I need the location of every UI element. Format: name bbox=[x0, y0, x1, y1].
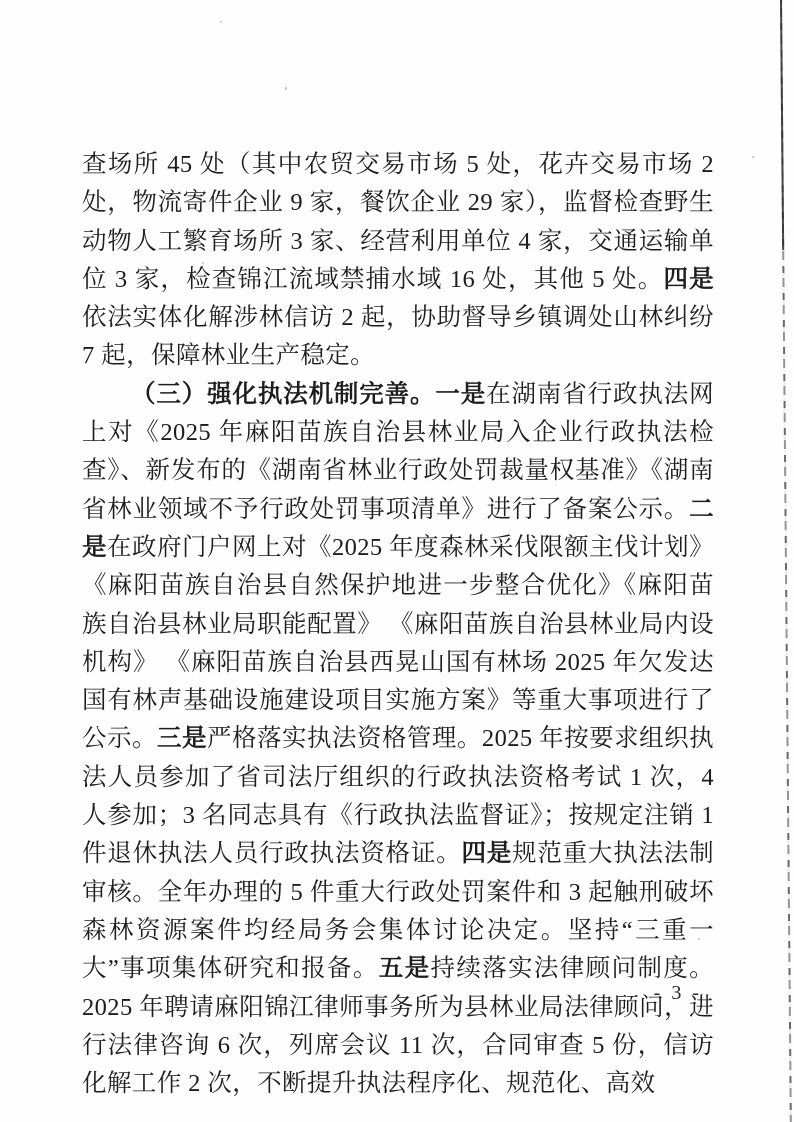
text-run: 依法实体化解涉林信访 2 起，协助督导乡镇调处山林纠纷 7 起，保障林业生产稳定… bbox=[82, 304, 714, 369]
bold-marker-first: 一是 bbox=[435, 381, 486, 408]
paragraph-continuation: 查场所 45 处（其中农贸交易市场 5 处，花卉交易市场 2 处，物流寄件企业 … bbox=[82, 146, 714, 376]
scan-speck bbox=[752, 156, 754, 158]
section-heading: （三）强化执法机制完善。 bbox=[131, 381, 435, 408]
paragraph-section-three: （三）强化执法机制完善。一是在湖南省行政执法网上对《2025 年麻阳苗族自治县林… bbox=[82, 376, 714, 1104]
scan-speck bbox=[202, 262, 204, 264]
bold-marker-fifth: 五是 bbox=[379, 955, 431, 982]
page-number: - 3 - bbox=[654, 982, 702, 1005]
scan-speck bbox=[285, 87, 287, 90]
scan-speck bbox=[698, 938, 700, 940]
bold-marker-third: 三是 bbox=[157, 725, 207, 752]
document-page: 查场所 45 处（其中农贸交易市场 5 处，花卉交易市场 2 处，物流寄件企业 … bbox=[0, 0, 794, 1122]
text-run: 在政府门户网上对《2025 年度森林采伐限额主伐计划》《麻阳苗族自治县自然保护地… bbox=[82, 534, 714, 752]
bold-marker-fourth: 四是 bbox=[461, 840, 512, 867]
text-run: 查场所 45 处（其中农贸交易市场 5 处，花卉交易市场 2 处，物流寄件企业 … bbox=[82, 151, 714, 293]
bold-marker-fourth: 四是 bbox=[663, 266, 714, 293]
scan-speck bbox=[220, 21, 222, 23]
scan-artifact-line-top bbox=[780, 0, 784, 250]
document-body: 查场所 45 处（其中农贸交易市场 5 处，花卉交易市场 2 处，物流寄件企业 … bbox=[82, 146, 714, 1103]
